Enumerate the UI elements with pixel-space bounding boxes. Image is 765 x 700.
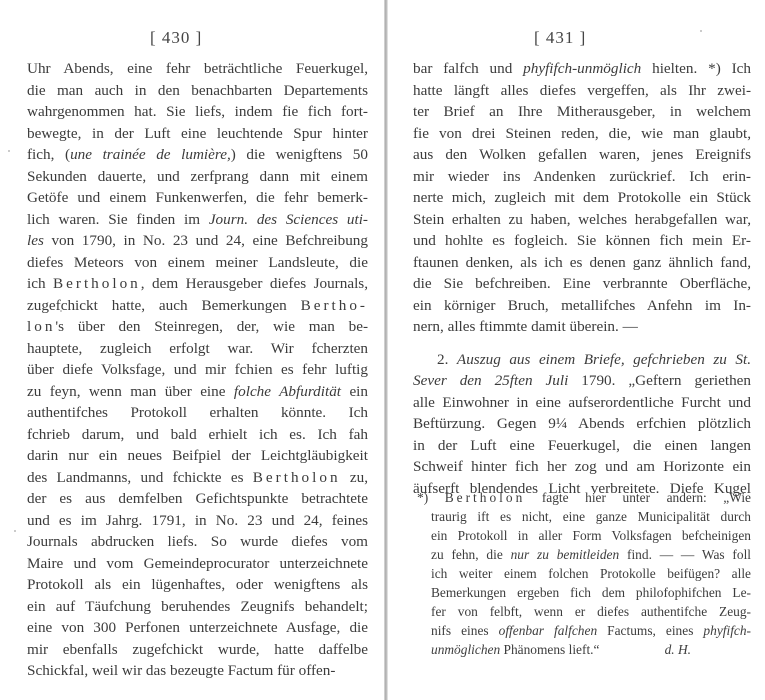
- text-line: 2. Auszug aus einem Briefe, gefchrieben …: [413, 349, 751, 371]
- text-line: die Sie befchreiben. Eine verbrannte Obe…: [413, 273, 751, 295]
- text-line: alle Einwohner in eine aufserordentliche…: [413, 392, 751, 414]
- text-line: und hohlte es fogleich. Sie können fich …: [413, 230, 751, 252]
- footnote: *) Bertholon fagte hier unter andern: „W…: [417, 488, 751, 659]
- footnote-line: *) Bertholon fagte hier unter andern: „W…: [417, 488, 751, 507]
- text-line: Journals abdrucken liefs. So wurde diefe…: [27, 531, 368, 553]
- footnote-line: nifs eines offenbar falfchen Factums, ei…: [417, 621, 751, 640]
- footnote-signature: d. H.: [665, 640, 691, 659]
- text-line: eine von 300 Perfonen unterzeichnete Aus…: [27, 617, 368, 639]
- text-line: Sekunden dauerte, und zerfprang dann mit…: [27, 166, 368, 188]
- text-line: Maire und vom Gemeindeprocurator unterze…: [27, 553, 368, 575]
- page-number-right: [ 431 ]: [534, 28, 586, 48]
- text-line: wahrgenommen hat. Sie liefs, indem fie f…: [27, 101, 368, 123]
- footnote-line: unmöglichen Phänomens lieft.“d. H.: [417, 640, 751, 659]
- text-line: darin nur ein neues Beifpiel der Leichtg…: [27, 445, 368, 467]
- text-line: bewegte, in der Luft eine leuchtende Spu…: [27, 123, 368, 145]
- text-line: Beftürzung. Gegen 9¼ Abends erfchien plö…: [413, 413, 751, 435]
- text-line: in der Luft eine Feuerkugel, die einen l…: [413, 435, 751, 457]
- text-line: ich Bertholon, dem Herausgeber diefes Jo…: [27, 273, 368, 295]
- footnote-line: ich weiter einem folchen Protokolle beif…: [417, 564, 751, 583]
- text-line: der es aus demfelben Gefichtspunkte betr…: [27, 488, 368, 510]
- text-line: nerte mich, zugleich mit dem Protokolle …: [413, 187, 751, 209]
- footnote-line: Bemerkungen ergeben fich dem philofophif…: [417, 583, 751, 602]
- text-line: ftaunen denken, als ich es denen ganz äh…: [413, 252, 751, 274]
- text-line: fich, (une trainée de lumière,) die weni…: [27, 144, 368, 166]
- footnote-line: fer von felbft, wenn er diefes authentif…: [417, 602, 751, 621]
- text-line: über diefe Volksfage, und mir fchien es …: [27, 359, 368, 381]
- text-line: und es im Jahrg. 1791, in No. 23 und 24,…: [27, 510, 368, 532]
- left-page: [ 430 ] Uhr Abends, eine fehr beträchtli…: [0, 0, 384, 700]
- footnote-line: traurig ift es nicht, eine ganze Municip…: [417, 507, 751, 526]
- text-line: ter Brief an Ihre Mitherausgeber, in wel…: [413, 101, 751, 123]
- text-line: Schweif hinter fich her zog und am Horiz…: [413, 456, 751, 478]
- text-line: Schickfal, weil wir das bezeugte Factum …: [27, 660, 368, 682]
- right-page-body: bar falfch und phyfifch-unmöglich hielte…: [413, 58, 751, 499]
- text-line: Protokoll als ein lügenhaftes, oder weni…: [27, 574, 368, 596]
- text-line: mir ebenfalls zugefchickt wurde, hatte d…: [27, 639, 368, 661]
- text-line: Stein erhalten zu haben, welches herabge…: [413, 209, 751, 231]
- text-line: zugefchickt hatte, auch Bemerkungen Bert…: [27, 295, 368, 317]
- text-line: fie von drei Steinen reden, die, wie man…: [413, 123, 751, 145]
- text-line: hauptete, zugleich erfolgt war. Wir fche…: [27, 338, 368, 360]
- right-page: [ 431 ] bar falfch und phyfifch-unmöglic…: [389, 0, 765, 700]
- text-line: nern, alles ftimmte damit überein. —: [413, 316, 751, 338]
- text-line: hatte längft alles diefes vergeffen, als…: [413, 80, 751, 102]
- text-line: authentifches Protokoll erhalten könnte.…: [27, 402, 368, 424]
- text-line: Sever den 25ften Juli 1790. „Geftern ger…: [413, 370, 751, 392]
- page-number-left: [ 430 ]: [150, 28, 202, 48]
- text-line: fchrieb darum, und bald erhielt ich es. …: [27, 424, 368, 446]
- text-line: Uhr Abends, eine fehr beträchtliche Feue…: [27, 58, 368, 80]
- text-line: aus den Wolken gefallen waren, jenes Ere…: [413, 144, 751, 166]
- section-2-excerpt: 2. Auszug aus einem Briefe, gefchrieben …: [413, 349, 751, 500]
- left-page-body: Uhr Abends, eine fehr beträchtliche Feue…: [27, 58, 368, 682]
- text-line: des Landmanns, und fchickte es Bertholon…: [27, 467, 368, 489]
- text-line: Getöfe und einem Funkenwerfen, die fehr …: [27, 187, 368, 209]
- text-line: die man auch in den benachbarten Departe…: [27, 80, 368, 102]
- text-line: lon's über den Steinregen, der, wie man …: [27, 316, 368, 338]
- footnote-line: zu fehn, die nur zu bemitleiden find. — …: [417, 545, 751, 564]
- text-line: ein körniger Bruch, metallifches Anfehn …: [413, 295, 751, 317]
- text-line: bar falfch und phyfifch-unmöglich hielte…: [413, 58, 751, 80]
- text-line: lich waren. Sie finden im Journ. des Sci…: [27, 209, 368, 231]
- book-spread: [ 430 ] Uhr Abends, eine fehr beträchtli…: [0, 0, 765, 700]
- text-line: diefes Meteors von einem meiner Landsleu…: [27, 252, 368, 274]
- book-spine: [384, 0, 388, 700]
- text-line: ein auf Täufchung beruhendes Zeugnifs be…: [27, 596, 368, 618]
- text-line: les von 1790, in No. 23 und 24, eine Bef…: [27, 230, 368, 252]
- text-line: mir wieder ins Andenken zurückrief. Ich …: [413, 166, 751, 188]
- footnote-line: ein Protokoll in aller Form Volksfagen b…: [417, 526, 751, 545]
- text-line: zu feyn, wenn man über eine folche Abfur…: [27, 381, 368, 403]
